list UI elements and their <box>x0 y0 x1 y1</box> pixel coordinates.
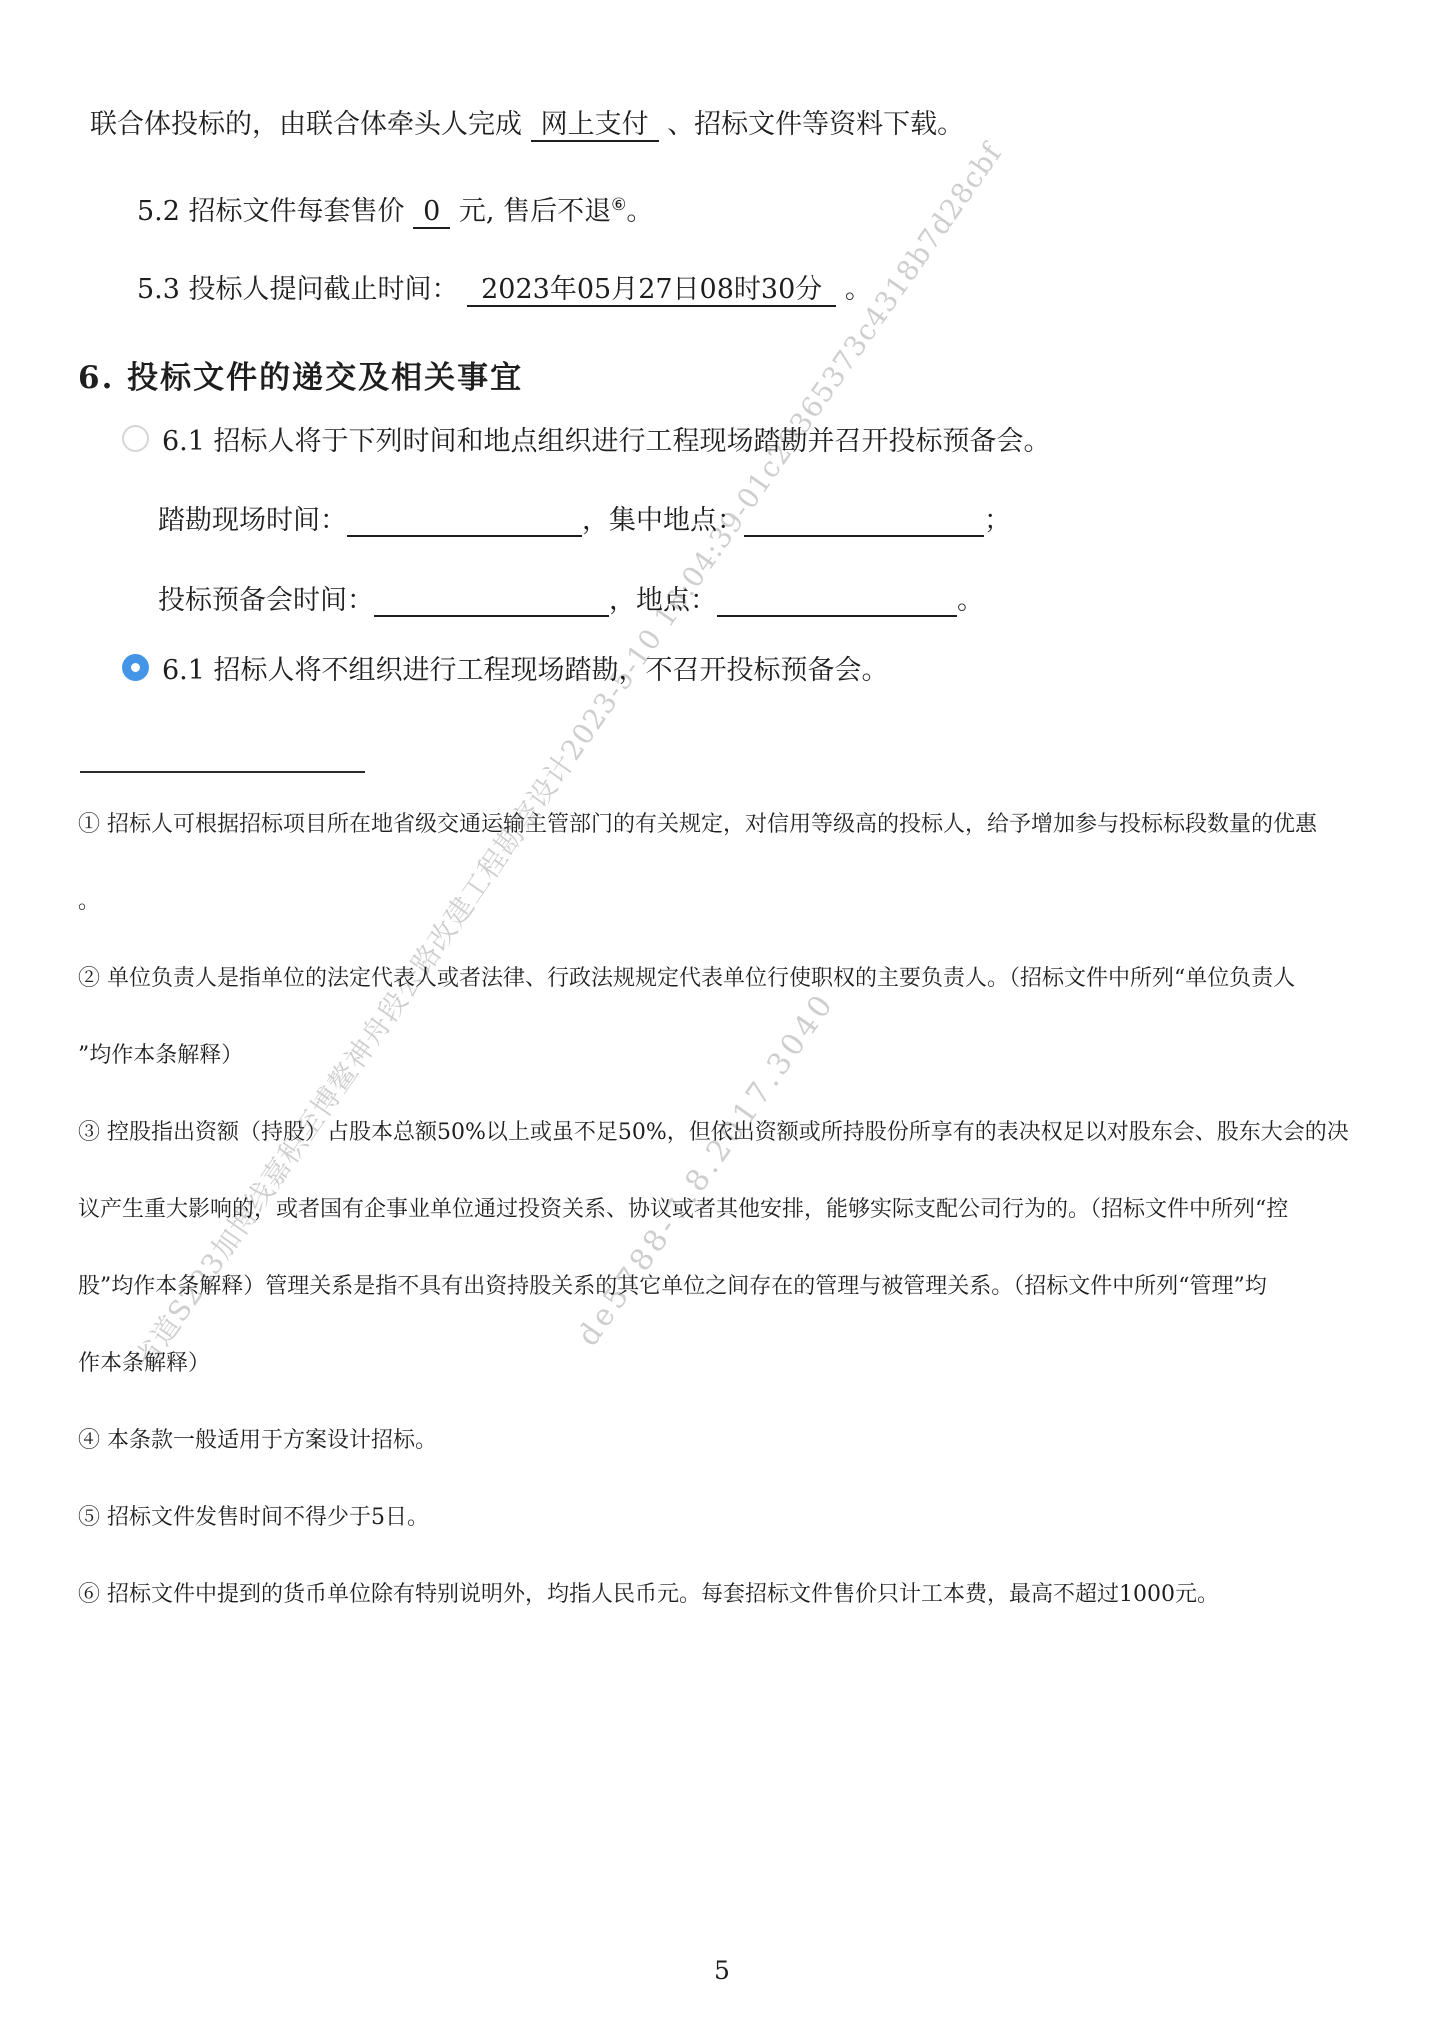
site-visit-time-label: 踏勘现场时间： <box>158 505 347 536</box>
radio-button-unselected-icon[interactable] <box>122 425 149 452</box>
joint-bid-suffix: 、招标文件等资料下载。 <box>667 109 964 140</box>
site-visit-blanks-line: 踏勘现场时间：，集中地点：； <box>158 498 1011 537</box>
site-visit-time-blank <box>347 509 582 537</box>
footnote-line: ⑥ 招标文件中提到的货币单位除有特别说明外，均指人民币元。每套招标文件售价只计工… <box>78 1556 1378 1633</box>
clause-5-2-prefix: 5.2 招标文件每套售价 <box>137 196 405 227</box>
footnotes: ① 招标人可根据招标项目所在地省级交通运输主管部门的有关规定，对信用等级高的投标… <box>78 786 1378 1633</box>
clause-5-2-line: 5.2 招标文件每套售价 0 元, 售后不退⑥。 <box>137 189 653 228</box>
footnote-line: ”均作本条解释） <box>78 1017 1378 1094</box>
footnote-line: 。 <box>78 863 1378 940</box>
clause-5-3-suffix: 。 <box>845 274 872 305</box>
site-visit-end-punct: ； <box>984 505 1011 536</box>
option-site-visit-label: 6.1 招标人将于下列时间和地点组织进行工程现场踏勘并召开投标预备会。 <box>162 419 1051 458</box>
footnote-line: 作本条解释） <box>78 1325 1378 1402</box>
option-site-visit[interactable]: 6.1 招标人将于下列时间和地点组织进行工程现场踏勘并召开投标预备会。 <box>122 419 1051 458</box>
pre-bid-meeting-place-label: ，地点： <box>609 585 717 616</box>
footnote-line: 议产生重大影响的，或者国有企事业单位通过投资关系、协议或者其他安排，能够实际支配… <box>78 1171 1378 1248</box>
footnote-line: ③ 控股指出资额（持股）占股本总额50%以上或虽不足50%，但依出资额或所持股份… <box>78 1094 1378 1171</box>
pre-bid-meeting-time-blank <box>374 589 609 617</box>
section-6-heading: 6. 投标文件的递交及相关事宜 <box>78 352 523 397</box>
clause-5-3-line: 5.3 投标人提问截止时间： 2023年05月27日08时30分 。 <box>137 267 872 306</box>
footnote-line: 股”均作本条解释）管理关系是指不具有出资持股关系的其它单位之间存在的管理与被管理… <box>78 1248 1378 1325</box>
pre-bid-meeting-blanks-line: 投标预备会时间：，地点：。 <box>158 578 984 617</box>
joint-bid-prefix: 联合体投标的，由联合体牵头人完成 <box>90 109 522 140</box>
pre-bid-meeting-end-punct: 。 <box>957 585 984 616</box>
payment-method-filled-blank: 网上支付 <box>531 109 659 142</box>
footnote-line: ① 招标人可根据招标项目所在地省级交通运输主管部门的有关规定，对信用等级高的投标… <box>78 786 1378 863</box>
clause-5-2-suffix: 。 <box>626 196 653 227</box>
document-page: 省道S223加博线嘉积至博鳌神舟段公路改建工程勘察设计2023-5-10 16:… <box>0 0 1444 2043</box>
clause-5-2-mid: 元, 售后不退 <box>459 196 611 227</box>
footnote-line: ⑤ 招标文件发售时间不得少于5日。 <box>78 1479 1378 1556</box>
footnote-ref-6: ⑥ <box>611 195 626 215</box>
footnote-line: ② 单位负责人是指单位的法定代表人或者法律、行政法规规定代表单位行使职权的主要负… <box>78 940 1378 1017</box>
site-visit-place-label: ，集中地点： <box>582 505 744 536</box>
price-filled-blank: 0 <box>413 196 450 229</box>
clause-5-3-prefix: 5.3 投标人提问截止时间： <box>137 274 459 305</box>
pre-bid-meeting-place-blank <box>717 589 957 617</box>
option-no-site-visit[interactable]: 6.1 招标人将不组织进行工程现场踏勘，不召开投标预备会。 <box>122 648 889 687</box>
option-no-site-visit-label: 6.1 招标人将不组织进行工程现场踏勘，不召开投标预备会。 <box>162 648 889 687</box>
site-visit-place-blank <box>744 509 984 537</box>
page-number: 5 <box>0 1956 1444 1985</box>
joint-bid-line: 联合体投标的，由联合体牵头人完成 网上支付 、招标文件等资料下载。 <box>90 102 964 141</box>
question-deadline-filled-blank: 2023年05月27日08时30分 <box>467 274 836 307</box>
pre-bid-meeting-time-label: 投标预备会时间： <box>158 585 374 616</box>
footnote-line: ④ 本条款一般适用于方案设计招标。 <box>78 1402 1378 1479</box>
footnote-separator-line <box>80 771 365 773</box>
radio-button-selected-icon[interactable] <box>122 654 149 681</box>
